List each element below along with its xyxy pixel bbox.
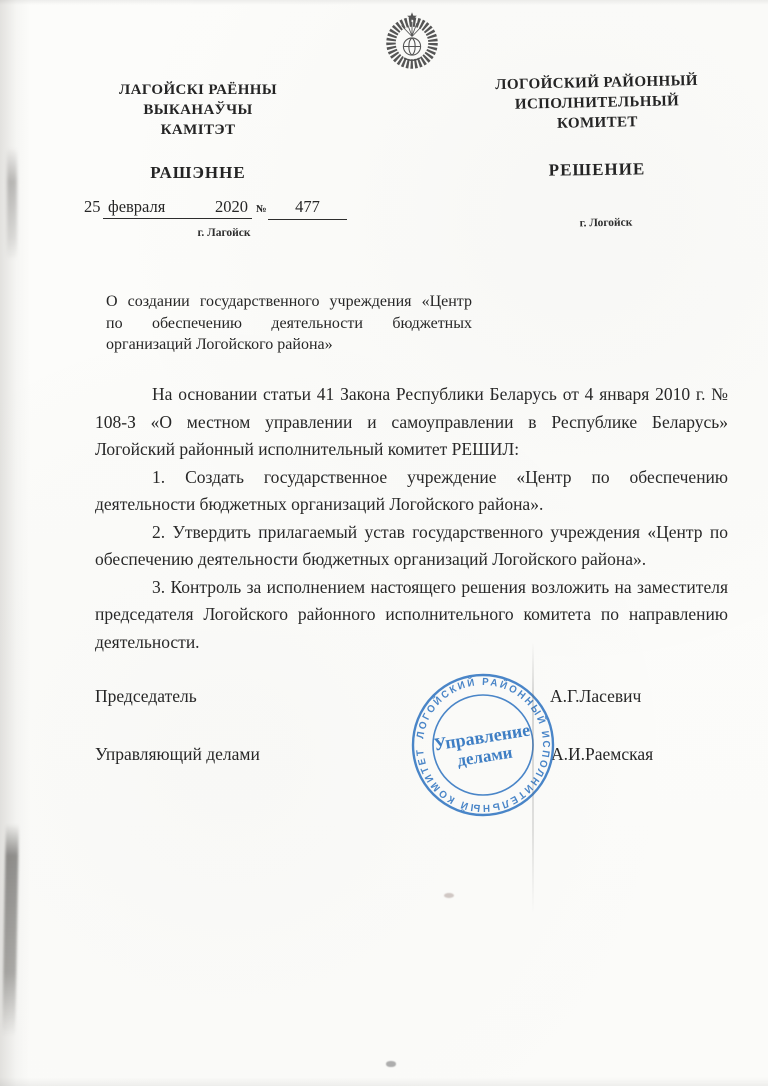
date-month: февраля (108, 197, 165, 218)
official-stamp: ЛОГОЙСКИЙ РАЙОННЫЙ ИСПОЛНИТЕЛЬНЫЙ КОМИТЕ… (407, 669, 559, 821)
doc-type-belarusian: РАШЭННЕ (100, 163, 296, 183)
date-day: 25 (84, 197, 101, 217)
document-title: О создании государственного учреждения «… (106, 291, 472, 356)
body-paragraph-item-1: 1. Создать государственное учреждение «Ц… (95, 464, 728, 519)
org-line: КОМИТЕТ (472, 110, 722, 135)
body-paragraph-item-3: 3. Контроль за исполнением настоящего ре… (95, 574, 728, 657)
paper-fold-crease (532, 642, 534, 914)
number-sign: № (256, 204, 267, 215)
org-line: КАМІТЭТ (100, 120, 296, 140)
signature-role-manager: Управляющий делами (95, 744, 260, 765)
org-line: ЛАГОЙСКІ РАЁННЫ (100, 80, 296, 100)
title-line: организаций Логойского района» (106, 334, 472, 356)
scan-speck (386, 1061, 396, 1067)
city-belarusian: г. Лагойск (164, 227, 284, 239)
date-year: 2020 (215, 197, 248, 218)
document-body: На основании статьи 41 Закона Республики… (95, 381, 728, 656)
signature-name-chairman: А.Г.Ласевич (550, 686, 641, 707)
scan-speck (444, 893, 454, 898)
doc-type-russian: РЕШЕНИЕ (472, 158, 722, 181)
scan-smudge-upper-left (7, 148, 17, 260)
coat-of-arms-icon (380, 9, 444, 73)
title-line: О создании государственного учреждения «… (106, 291, 472, 313)
signature-name-manager: А.И.Раемская (551, 744, 653, 765)
body-paragraph-item-2: 2. Утвердить прилагаемый устав государст… (95, 519, 728, 574)
document-number: 477 (268, 197, 347, 220)
date-number-line: 25 февраля 2020 № 477 (82, 197, 362, 220)
document-page: ЛАГОЙСКІ РАЁННЫ ВЫКАНАЎЧЫ КАМІТЭТ РАШЭНН… (0, 0, 768, 1086)
scan-edge-shadow-bottom (0, 1077, 768, 1086)
scan-edge-shadow-top (0, 0, 768, 5)
org-line: ВЫКАНАЎЧЫ (100, 100, 296, 120)
body-paragraph-preamble: На основании статьи 41 Закона Республики… (95, 381, 728, 464)
org-name-russian: ЛОГОЙСКИЙ РАЙОННЫЙ ИСПОЛНИТЕЛЬНЫЙ КОМИТЕ… (471, 70, 722, 135)
org-name-belarusian: ЛАГОЙСКІ РАЁННЫ ВЫКАНАЎЧЫ КАМІТЭТ (100, 80, 296, 140)
date-field: февраля 2020 (103, 197, 252, 219)
city-russian: г. Логойск (546, 216, 666, 230)
signature-role-chairman: Председатель (95, 686, 197, 707)
title-line: по обеспечению деятельности бюджетных (106, 313, 472, 335)
